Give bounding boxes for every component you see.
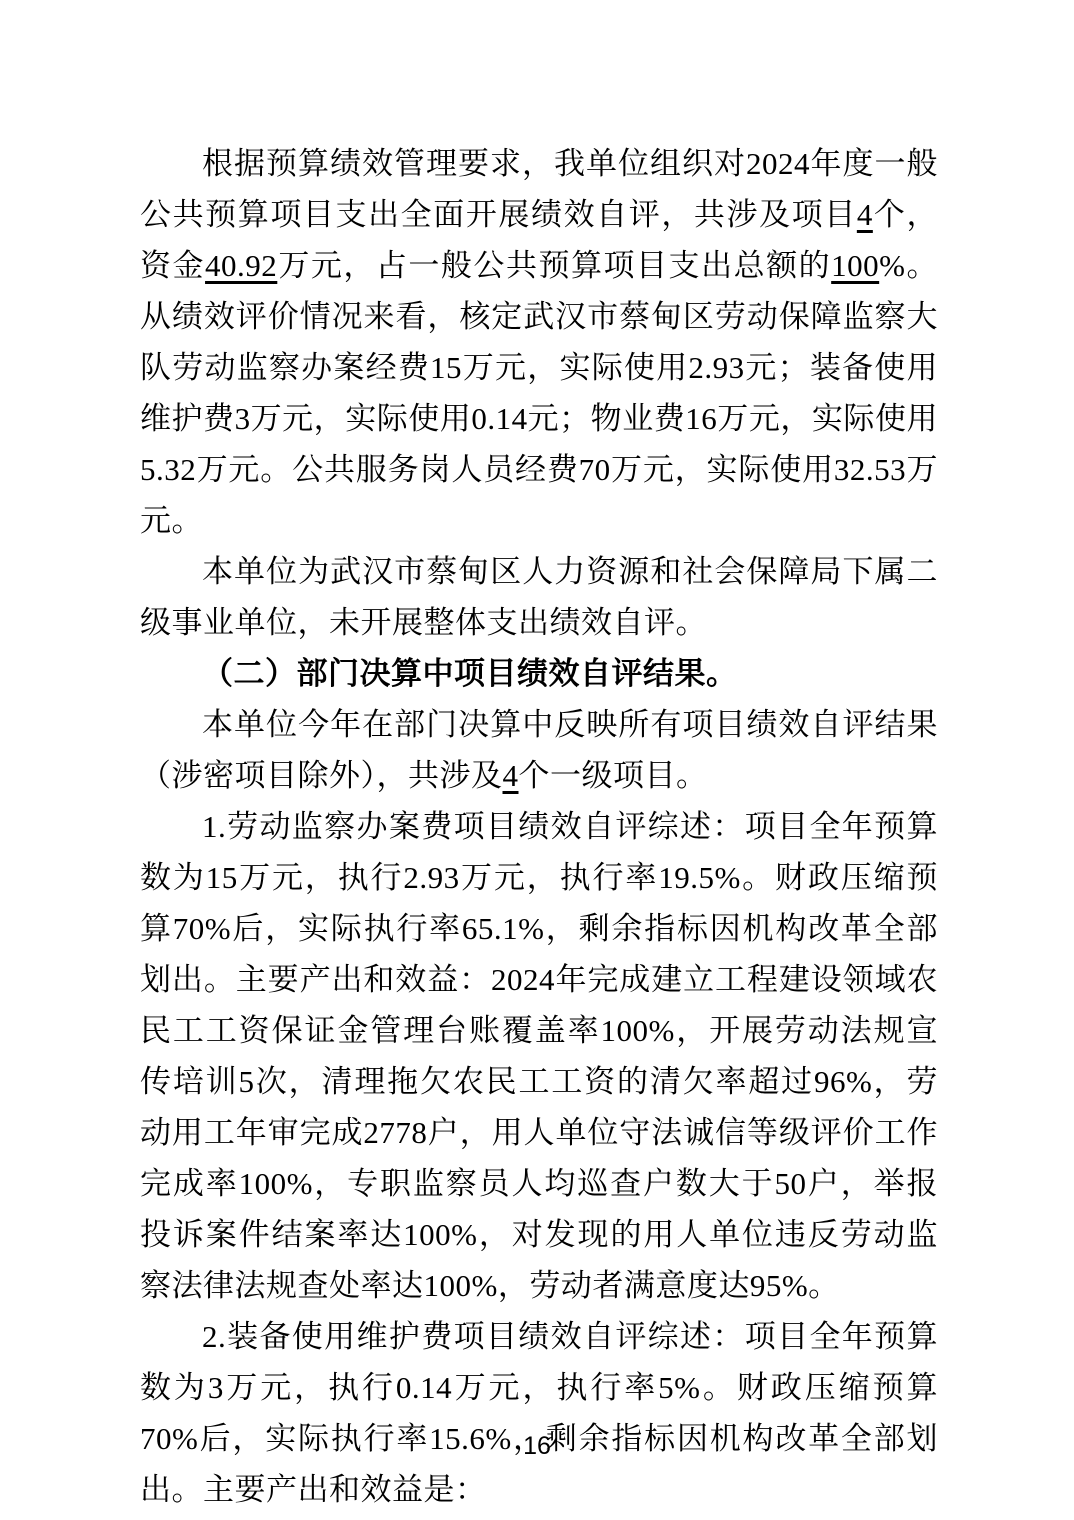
underlined-value: 40.92 — [205, 248, 277, 283]
underlined-value: 100 — [831, 248, 879, 283]
section-heading: （二）部门决算中项目绩效自评结果。 — [140, 648, 938, 699]
paragraph: 1.劳动监察办案费项目绩效自评综述：项目全年预算数为15万元，执行2.93万元，… — [140, 801, 938, 1311]
text-run: （二）部门决算中项目绩效自评结果。 — [202, 656, 738, 691]
paragraph: 本单位今年在部门决算中反映所有项目绩效自评结果（涉密项目除外），共涉及4个一级项… — [140, 699, 938, 801]
text-run: 2.装备使用维护费项目绩效自评综述：项目全年预算数为3万元，执行0.14万元，执… — [140, 1319, 938, 1507]
text-run: 个一级项目。 — [519, 758, 708, 793]
document-page: 根据预算绩效管理要求，我单位组织对2024年度一般公共预算项目支出全面开展绩效自… — [0, 0, 1074, 1520]
document-body: 根据预算绩效管理要求，我单位组织对2024年度一般公共预算项目支出全面开展绩效自… — [140, 138, 938, 1515]
paragraph: 2.装备使用维护费项目绩效自评综述：项目全年预算数为3万元，执行0.14万元，执… — [140, 1311, 938, 1515]
paragraph: 根据预算绩效管理要求，我单位组织对2024年度一般公共预算项目支出全面开展绩效自… — [140, 138, 938, 546]
text-run: 本单位为武汉市蔡甸区人力资源和社会保障局下属二级事业单位，未开展整体支出绩效自评… — [140, 554, 938, 640]
paragraph: 本单位为武汉市蔡甸区人力资源和社会保障局下属二级事业单位，未开展整体支出绩效自评… — [140, 546, 938, 648]
underlined-value: 4 — [503, 758, 519, 793]
text-run: 根据预算绩效管理要求，我单位组织对2024年度一般公共预算项目支出全面开展绩效自… — [140, 146, 938, 232]
underlined-value: 4 — [857, 197, 873, 232]
page-footer: 16 — [0, 1432, 1074, 1461]
text-run: 万元，占一般公共预算项目支出总额的 — [277, 248, 831, 283]
page-number: 16 — [523, 1432, 551, 1460]
text-run: 1.劳动监察办案费项目绩效自评综述：项目全年预算数为15万元，执行2.93万元，… — [140, 809, 938, 1303]
text-run: %。从绩效评价情况来看，核定武汉市蔡甸区劳动保障监察大队劳动监察办案经费15万元… — [140, 248, 938, 538]
